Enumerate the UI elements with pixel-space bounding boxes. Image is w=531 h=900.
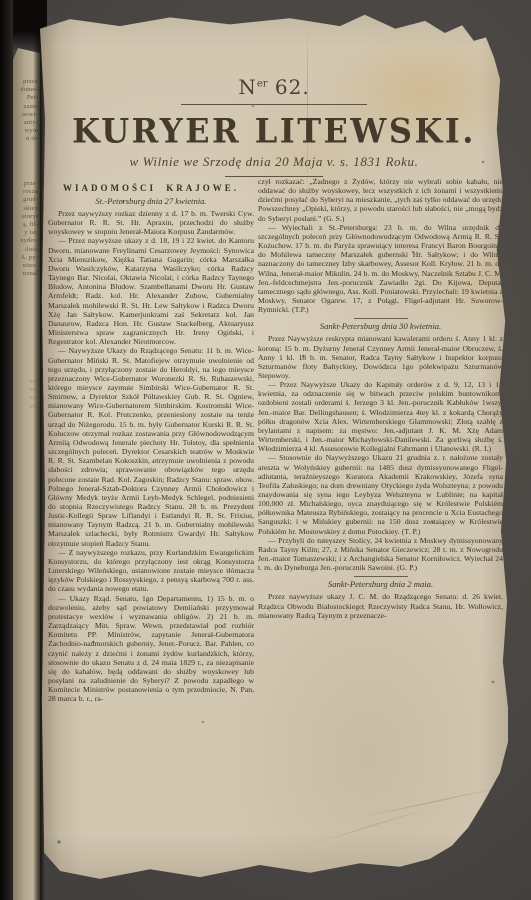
- newspaper-title: KURYER LITEWSKI.: [40, 111, 508, 151]
- dateline-petersburg-30-april: Sankt-Petersburg dnia 30 kwietnia.: [258, 321, 503, 331]
- paragraph: — Przez Naywyższe Ukazy do Kapituły orde…: [258, 380, 503, 453]
- masthead-subtitle: w Wilnie we Srzodę dnia 20 Maja v. s. 18…: [40, 154, 508, 170]
- newspaper-page: Ner 62. KURYER LITEWSKI. w Wilnie we Srz…: [40, 13, 508, 885]
- paragraph: — Przez naywyższe ukazy z d. 18, 19 i 22…: [48, 236, 254, 346]
- paragraph: — Ukazy Rząd. Senatu, 1go Departamentu, …: [48, 594, 254, 704]
- issue-superscript: er: [257, 78, 268, 89]
- section-heading: WIADOMOŚCI KRAJOWE.: [48, 183, 254, 193]
- right-column: czył rozkazać: „Żadnego z Żydów, którzy …: [258, 177, 503, 779]
- paper-crease: [357, 784, 514, 818]
- section-divider-rule: [354, 318, 408, 319]
- photo-background: przez domo- Pet- zanie nowi- anty- wym n…: [0, 0, 531, 900]
- book-spine-strip: [0, 0, 13, 900]
- paragraph: Przez Naywyższe reskrypta mianowani kawa…: [258, 334, 503, 380]
- issue-digits: 62.: [275, 75, 310, 99]
- dateline-petersburg-27-april: St.-Petersburg dnia 27 kwietnia.: [48, 196, 254, 206]
- paragraph: — Przybyli do tuteyszey Stolicy, 24 kwie…: [258, 536, 503, 573]
- paper-crease: [313, 807, 433, 845]
- issue-number: Ner 62.: [40, 75, 508, 99]
- paragraph: Przez naywyższy rozkaz dzienny z d. 17 b…: [48, 209, 254, 236]
- paragraph: Przez naywyższe ukazy J. C. M. do Rządzą…: [258, 592, 503, 619]
- dateline-petersburg-2-may: Sankt-Petersburg dnia 2 maia.: [258, 579, 503, 589]
- paragraph: — Stosownie do Naywyższego Ukazu 21 grud…: [258, 453, 503, 535]
- paragraph: — Wyiechali z St.-Petersburga: 23 b. m. …: [258, 223, 503, 315]
- masthead: Ner 62. KURYER LITEWSKI. w Wilnie we Srz…: [40, 75, 508, 177]
- paragraph: — Naywyższe Ukazy do Rządzącego Senatu: …: [48, 346, 254, 547]
- masthead-rule: [181, 104, 367, 105]
- issue-prefix: N: [238, 75, 257, 99]
- left-column: WIADOMOŚCI KRAJOWE. St.-Petersburg dnia …: [48, 183, 254, 761]
- section-divider-rule: [354, 576, 408, 577]
- paragraph: czył rozkazać: „Żadnego z Żydów, którzy …: [258, 177, 503, 223]
- paragraph: — Z naywyższego rozkazu, przy Kurlandzki…: [48, 548, 254, 594]
